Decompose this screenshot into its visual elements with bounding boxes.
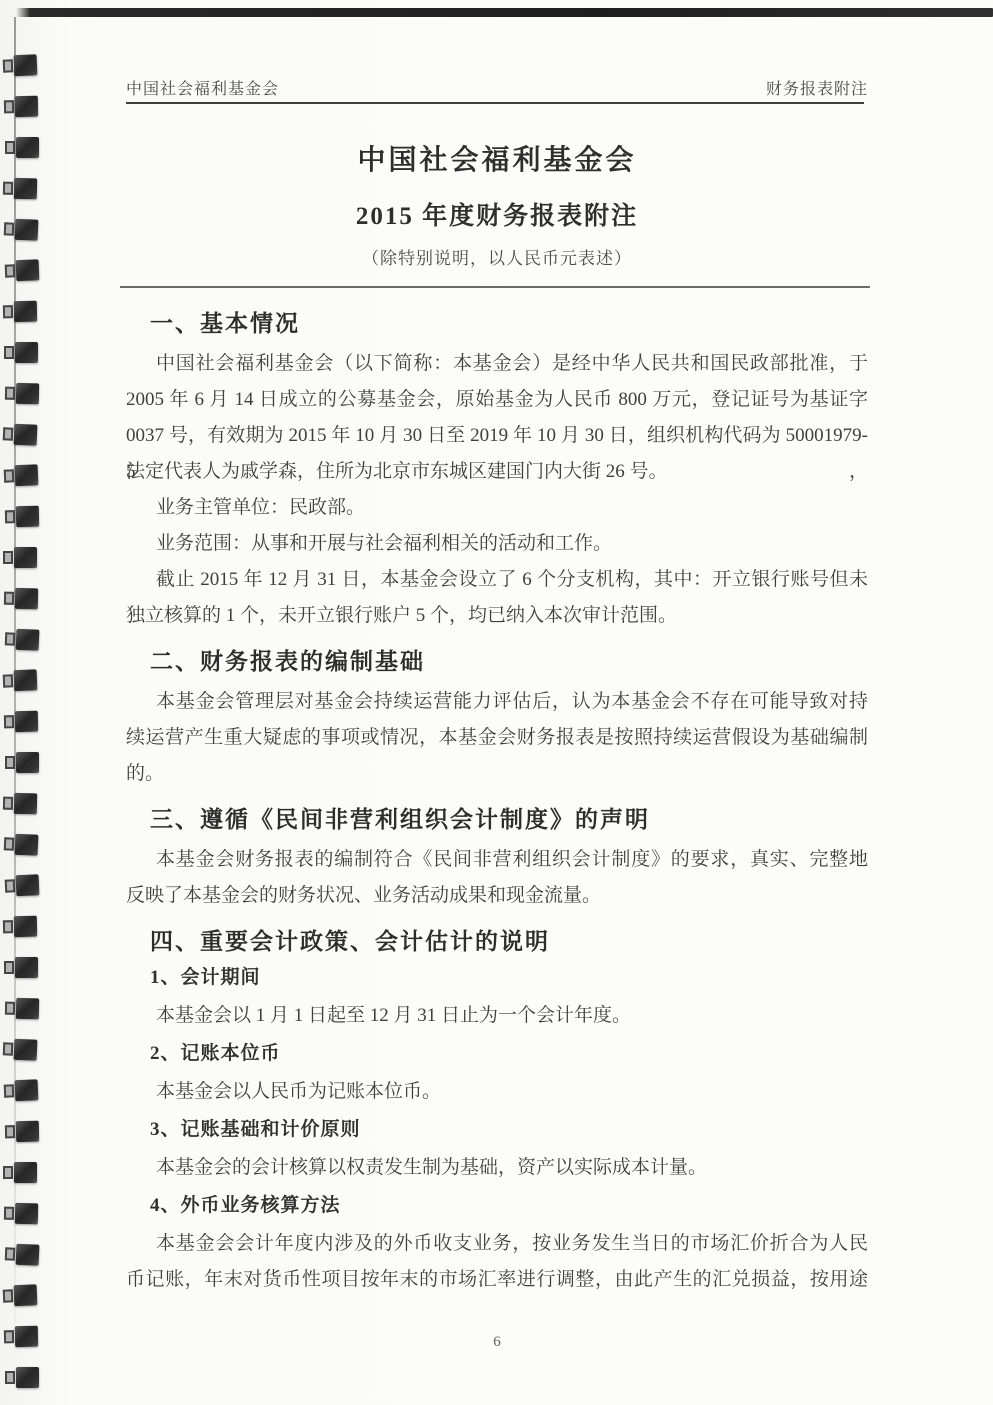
section-3: 三、遵循《民间非营利组织会计制度》的声明本基金会财务报表的编制符合《民间非营利组… [126,804,868,914]
running-header: 中国社会福利基金会 财务报表附注 [126,76,868,99]
binding-clip [5,628,40,651]
text-line: 的。 [126,756,868,792]
section-heading: 四、重要会计政策、会计估计的说明 [126,926,868,958]
binding-clip [5,383,39,406]
binding-clip [5,137,39,159]
text-line: 业务主管单位：民政部。 [126,490,868,526]
section-heading: 二、财务报表的编制基础 [126,646,868,678]
text-line: 2005 年 6 月 14 日成立的公募基金会，原始基金为人民币 800 万元，… [126,382,868,418]
binding-clip [5,1121,39,1144]
paragraph: 本基金会以人民币为记账本位币。 [126,1074,868,1110]
binding-clip [4,588,38,611]
binding-clip [4,1079,39,1102]
binding-clip [3,1284,38,1307]
sub-heading: 1、会计期间 [126,964,868,992]
section-2: 二、财务报表的编制基础本基金会管理层对基金会持续运营能力评估后，认为本基金会不存… [126,646,868,792]
header-rule [126,102,864,104]
text-line: 独立核算的 1 个，未开立银行账户 5 个，均已纳入本次审计范围。 [126,598,868,634]
text-line: 本基金会财务报表的编制符合《民间非营利组织会计制度》的要求，真实、完整地 [126,842,868,878]
text-line: 续运营产生重大疑虑的事项或情况，本基金会财务报表是按照持续运营假设为基础编制 [126,720,868,756]
page-number: 6 [126,1334,868,1351]
binding-clip [3,423,38,446]
section-1: 一、基本情况中国社会福利基金会（以下简称：本基金会）是经中华人民共和国民政部批准… [126,308,868,634]
binding-clip [4,1203,38,1226]
binding-clip [3,54,38,77]
paragraph: 本基金会以 1 月 1 日起至 12 月 31 日止为一个会计年度。 [126,998,868,1034]
binding-clip [3,301,37,324]
text-line: 0037 号，有效期为 2015 年 10 月 30 日至 2019 年 10 … [126,418,868,454]
binding-clip [5,259,40,282]
sections-container: 一、基本情况中国社会福利基金会（以下简称：本基金会）是经中华人民共和国民政部批准… [126,296,868,1351]
doc-note: （除特别说明，以人民币元表述） [126,244,868,269]
section-4: 四、重要会计政策、会计估计的说明1、会计期间本基金会以 1 月 1 日起至 12… [126,926,868,1298]
binding-clip [3,1162,37,1184]
binding-clip [3,916,37,939]
binding-clip [3,669,38,692]
doc-title: 中国社会福利基金会 [126,138,868,178]
binding-clip [3,793,37,816]
running-header-left: 中国社会福利基金会 [126,76,279,99]
text-line: 本基金会管理层对基金会持续运营能力评估后，认为本基金会不存在可能导致对持 [126,684,868,720]
text-line: 截止 2015 年 12 月 31 日，本基金会设立了 6 个分支机构，其中：开… [126,562,868,598]
scan-top-edge [16,8,993,17]
spiral-binding [0,0,60,1405]
sub-heading: 2、记账本位币 [126,1040,868,1068]
text-line: 本基金会以人民币为记账本位币。 [126,1074,868,1110]
text-line: 本基金会会计年度内涉及的外币收支业务，按业务发生当日的市场汇价折合为人民 [126,1226,868,1262]
binding-clip [4,96,38,119]
binding-clip [4,464,39,487]
text-line: 本基金会以 1 月 1 日起至 12 月 31 日止为一个会计年度。 [126,998,868,1034]
paragraph: 截止 2015 年 12 月 31 日，本基金会设立了 6 个分支机构，其中：开… [126,562,868,634]
binding-clip [5,998,39,1021]
binding-clip [3,547,37,569]
paragraph: 本基金会会计年度内涉及的外币收支业务，按业务发生当日的市场汇价折合为人民币记账，… [126,1226,868,1298]
running-header-right: 财务报表附注 [766,76,868,99]
binding-clip [4,711,38,734]
scanned-page: 中国社会福利基金会 财务报表附注 中国社会福利基金会 2015 年度财务报表附注… [0,0,993,1405]
binding-clip [4,1326,38,1349]
paragraph: 本基金会管理层对基金会持续运营能力评估后，认为本基金会不存在可能导致对持续运营产… [126,684,868,792]
paragraph: 业务范围：从事和开展与社会福利相关的活动和工作。 [126,526,868,562]
text-line: 反映了本基金会的财务状况、业务活动成果和现金流量。 [126,878,868,914]
paragraph: 中国社会福利基金会（以下简称：本基金会）是经中华人民共和国民政部批准，于2005… [126,346,868,490]
binding-clip [3,178,37,201]
text-line: 币记账，年末对货币性项目按年末的市场汇率进行调整，由此产生的汇兑损益，按用途 [126,1262,868,1298]
binding-clip [5,752,39,774]
paragraph: 业务主管单位：民政部。 [126,490,868,526]
binding-clip [3,1038,38,1061]
binding-clip [5,1367,39,1389]
binding-clip [4,342,38,364]
text-line: 业务范围：从事和开展与社会福利相关的活动和工作。 [126,526,868,562]
title-rule [120,286,870,288]
binding-clip [5,874,40,897]
binding-clip [5,1243,40,1266]
binding-clip [4,218,39,241]
section-heading: 一、基本情况 [126,308,868,340]
section-heading: 三、遵循《民间非营利组织会计制度》的声明 [126,804,868,836]
paragraph: 本基金会财务报表的编制符合《民间非营利组织会计制度》的要求，真实、完整地反映了本… [126,842,868,914]
sub-heading: 4、外币业务核算方法 [126,1192,868,1220]
doc-subtitle: 2015 年度财务报表附注 [126,196,868,232]
text-line: 中国社会福利基金会（以下简称：本基金会）是经中华人民共和国民政部批准，于 [126,346,868,382]
paragraph: 本基金会的会计核算以权责发生制为基础，资产以实际成本计量。 [126,1150,868,1186]
sub-heading: 3、记账基础和计价原则 [126,1116,868,1144]
binding-clip [5,506,39,529]
text-line: 本基金会的会计核算以权责发生制为基础，资产以实际成本计量。 [126,1150,868,1186]
binding-clip [4,957,38,979]
binding-clip [4,833,39,856]
